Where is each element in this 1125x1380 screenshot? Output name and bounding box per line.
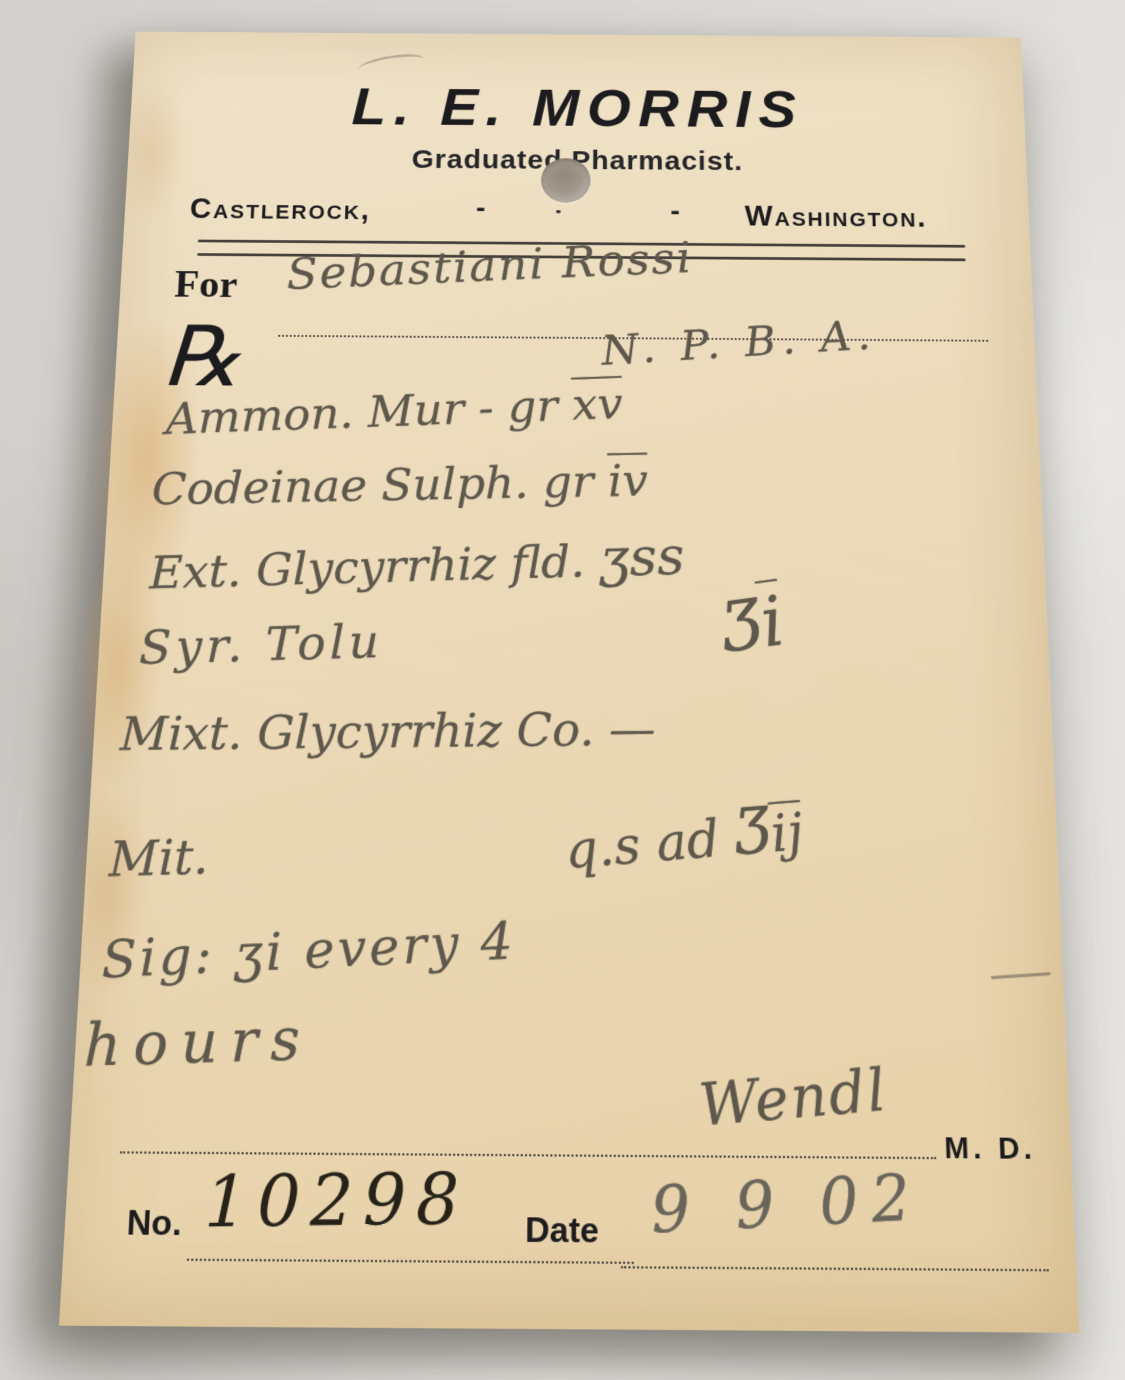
rx-line-glycyrrhiz-qty: ʒss	[598, 525, 685, 588]
punch-hole	[541, 158, 591, 203]
for-label: For	[173, 263, 238, 307]
date-dotted-line	[621, 1266, 1049, 1271]
pencil-mark	[991, 972, 1051, 979]
rx-line-codeine-text: Codeinae Sulph. gr	[151, 455, 608, 515]
city-label: Castlerock,	[189, 193, 371, 226]
rx-line-tolu-qty: Ʒi	[717, 587, 789, 663]
rx-line-tolu: Syr. Tolu	[139, 619, 383, 672]
no-label: No.	[126, 1202, 183, 1244]
rx-line-qsad-text: q.s ad	[563, 807, 739, 880]
mit-handwriting: Mit.	[109, 833, 209, 884]
pencil-squiggle	[358, 51, 426, 77]
patient-name-handwriting: Sebastiani Rossi	[286, 237, 694, 297]
no-dotted-line	[187, 1259, 634, 1264]
signature-dotted-line	[120, 1151, 936, 1159]
ink-speck	[556, 210, 561, 214]
md-label: M. D.	[944, 1131, 1037, 1167]
rx-line-mixt: Mixt. Glycyrrhiz Co. —	[119, 705, 655, 757]
rx-line-codeine-qty: iv	[607, 455, 648, 507]
rx-line-codeine: Codeinae Sulph. gr iv	[151, 458, 648, 511]
separator-dash: -	[476, 193, 486, 223]
rx-line-ammon: Ammon. Mur - gr xv	[165, 382, 623, 441]
photo-scene: L. E. MORRIS Graduated Pharmacist. Castl…	[0, 0, 1125, 1380]
state-label: Washington.	[745, 200, 928, 234]
ounce-unit: ij	[768, 802, 806, 864]
pharmacy-title: L. E. MORRIS	[129, 75, 1025, 142]
prescription-card: L. E. MORRIS Graduated Pharmacist. Castl…	[59, 32, 1079, 1333]
rx-line-qsad: q.s ad Ʒij	[562, 796, 806, 879]
patient-org-handwriting: N. P. B. A.	[600, 315, 878, 372]
rx-line-ammon-qty: xv	[571, 378, 624, 430]
sig-line-handwriting: Sig: ʒi every 4	[101, 915, 516, 986]
date-label: Date	[525, 1209, 599, 1251]
date-value-handwriting: 9 9 02	[649, 1165, 925, 1242]
separator-dash: -	[670, 196, 680, 226]
hours-handwriting: hours	[83, 1010, 312, 1076]
rx-line-glycyrrhiz: Ext. Glycyrrhiz fld. ʒss	[149, 530, 685, 597]
no-value-handwriting: 10298	[203, 1165, 468, 1239]
rx-line-glycyrrhiz-text: Ext. Glycyrrhiz fld.	[149, 535, 600, 600]
doctor-signature: Wendl	[697, 1061, 891, 1135]
